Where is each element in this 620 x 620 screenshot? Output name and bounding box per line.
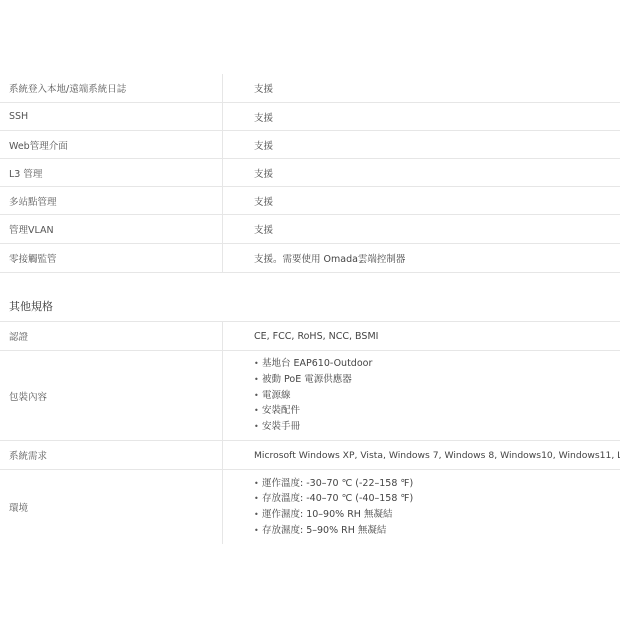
spec-row-ssh: SSH 支援 <box>0 103 620 131</box>
section-heading-other-specs: 其他規格 <box>9 298 53 314</box>
list-item: 安裝配件 <box>254 403 372 419</box>
other-spec-table: 認證 CE, FCC, RoHS, NCC, BSMI 包裝內容 基地台 EAP… <box>0 321 620 544</box>
spec-label: 零接觸監管 <box>0 244 223 272</box>
list-item: 電源線 <box>254 388 372 404</box>
spec-row-certification: 認證 CE, FCC, RoHS, NCC, BSMI <box>0 322 620 351</box>
spec-label: 環境 <box>0 470 223 544</box>
list-item: 被動 PoE 電源供應器 <box>254 372 372 388</box>
spec-row-multi-site: 多站點管理 支援 <box>0 187 620 215</box>
spec-row-web-management: Web管理介面 支援 <box>0 131 620 159</box>
environment-list: 運作溫度: -30–70 ℃ (-22–158 ℉) 存放溫度: -40–70 … <box>254 476 413 539</box>
list-item: 安裝手冊 <box>254 419 372 435</box>
spec-row-management-vlan: 管理VLAN 支援 <box>0 215 620 244</box>
spec-label: 系統需求 <box>0 441 223 469</box>
list-item: 存放溫度: -40–70 ℃ (-40–158 ℉) <box>254 491 413 507</box>
spec-label: 多站點管理 <box>0 187 223 214</box>
spec-label: 系統登入本地/遠端系統日誌 <box>0 74 223 102</box>
spec-value: CE, FCC, RoHS, NCC, BSMI <box>223 322 620 350</box>
spec-value: 支援 <box>223 131 620 158</box>
spec-label: 管理VLAN <box>0 215 223 243</box>
list-item: 運作濕度: 10–90% RH 無凝結 <box>254 507 413 523</box>
spec-row-environment: 環境 運作溫度: -30–70 ℃ (-22–158 ℉) 存放溫度: -40–… <box>0 470 620 544</box>
spec-row-system-requirements: 系統需求 Microsoft Windows XP, Vista, Window… <box>0 441 620 470</box>
list-item: 存放濕度: 5–90% RH 無凝結 <box>254 523 413 539</box>
spec-value-list: 運作溫度: -30–70 ℃ (-22–158 ℉) 存放溫度: -40–70 … <box>223 470 620 544</box>
spec-row-package-contents: 包裝內容 基地台 EAP610-Outdoor 被動 PoE 電源供應器 電源線… <box>0 351 620 441</box>
spec-value: 支援 <box>223 103 620 130</box>
spec-row-l3-management: L3 管理 支援 <box>0 159 620 187</box>
spec-row-system-log: 系統登入本地/遠端系統日誌 支援 <box>0 74 620 103</box>
spec-value: 支援 <box>223 159 620 186</box>
list-item: 基地台 EAP610-Outdoor <box>254 356 372 372</box>
spec-value: Microsoft Windows XP, Vista, Windows 7, … <box>223 441 620 469</box>
spec-value: 支援。需要使用 Omada雲端控制器 <box>223 244 620 272</box>
spec-value: 支援 <box>223 74 620 102</box>
spec-value: 支援 <box>223 215 620 243</box>
spec-label: SSH <box>0 103 223 130</box>
spec-label: Web管理介面 <box>0 131 223 158</box>
spec-label: L3 管理 <box>0 159 223 186</box>
spec-label: 包裝內容 <box>0 351 223 440</box>
management-spec-table: 系統登入本地/遠端系統日誌 支援 SSH 支援 Web管理介面 支援 L3 管理… <box>0 74 620 273</box>
spec-label: 認證 <box>0 322 223 350</box>
spec-value-list: 基地台 EAP610-Outdoor 被動 PoE 電源供應器 電源線 安裝配件… <box>223 351 620 440</box>
spec-row-zero-touch: 零接觸監管 支援。需要使用 Omada雲端控制器 <box>0 244 620 273</box>
spec-page: 系統登入本地/遠端系統日誌 支援 SSH 支援 Web管理介面 支援 L3 管理… <box>0 0 620 620</box>
list-item: 運作溫度: -30–70 ℃ (-22–158 ℉) <box>254 476 413 492</box>
package-contents-list: 基地台 EAP610-Outdoor 被動 PoE 電源供應器 電源線 安裝配件… <box>254 356 372 435</box>
spec-value: 支援 <box>223 187 620 214</box>
